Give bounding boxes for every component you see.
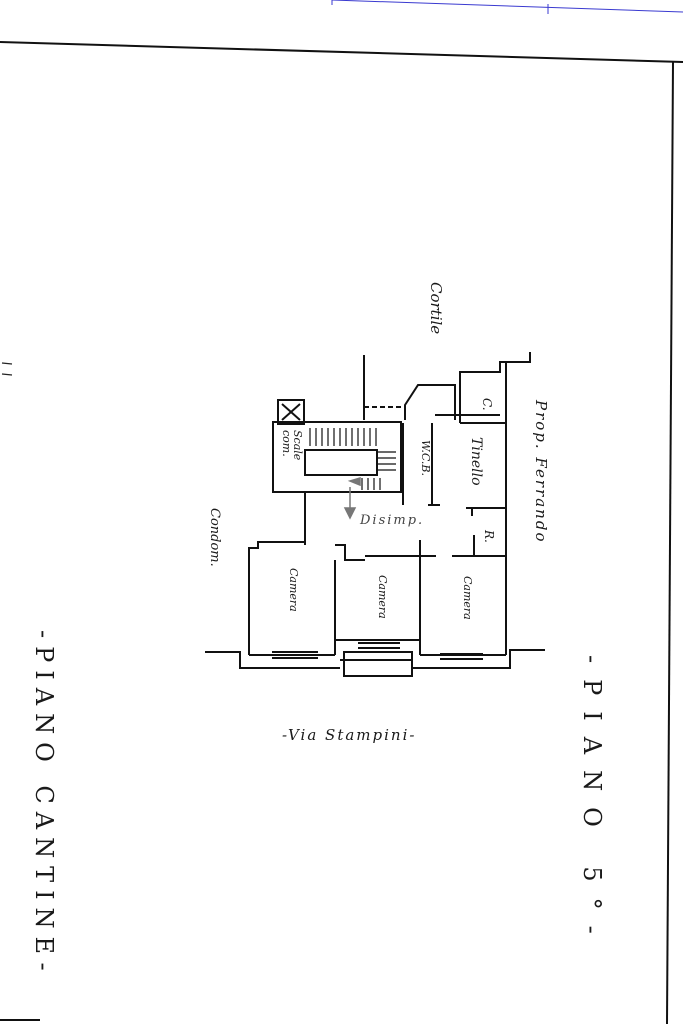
stair-arrow-icon [345, 478, 360, 518]
room-wc: W.C.B. [419, 440, 432, 476]
street-label: -Via Stampini- [282, 726, 416, 744]
blue-ruled-line [332, 0, 683, 12]
room-closet: C. [480, 398, 494, 411]
room-bedroom-3: Camera [461, 576, 474, 620]
courtyard-label: Cortile [427, 282, 445, 334]
floor-title: -PIANO 5°- [578, 655, 606, 950]
room-bedroom-2: Camera [376, 575, 389, 619]
sheet-top-edge [0, 42, 683, 62]
sheet-right-edge [667, 62, 673, 1024]
room-hallway: Disimp. [360, 513, 424, 528]
room-storage: R. [482, 530, 496, 543]
condominium-label: Condom. [207, 508, 222, 567]
room-bedroom-1: Camera [287, 568, 300, 612]
cellar-title: -PIANO CANTINE- [30, 630, 58, 979]
room-kitchenette: Tinello [468, 437, 484, 486]
room-stairs: Scale com. [281, 430, 303, 490]
neighbor-property-label: Prop. Ferrando [532, 400, 550, 543]
